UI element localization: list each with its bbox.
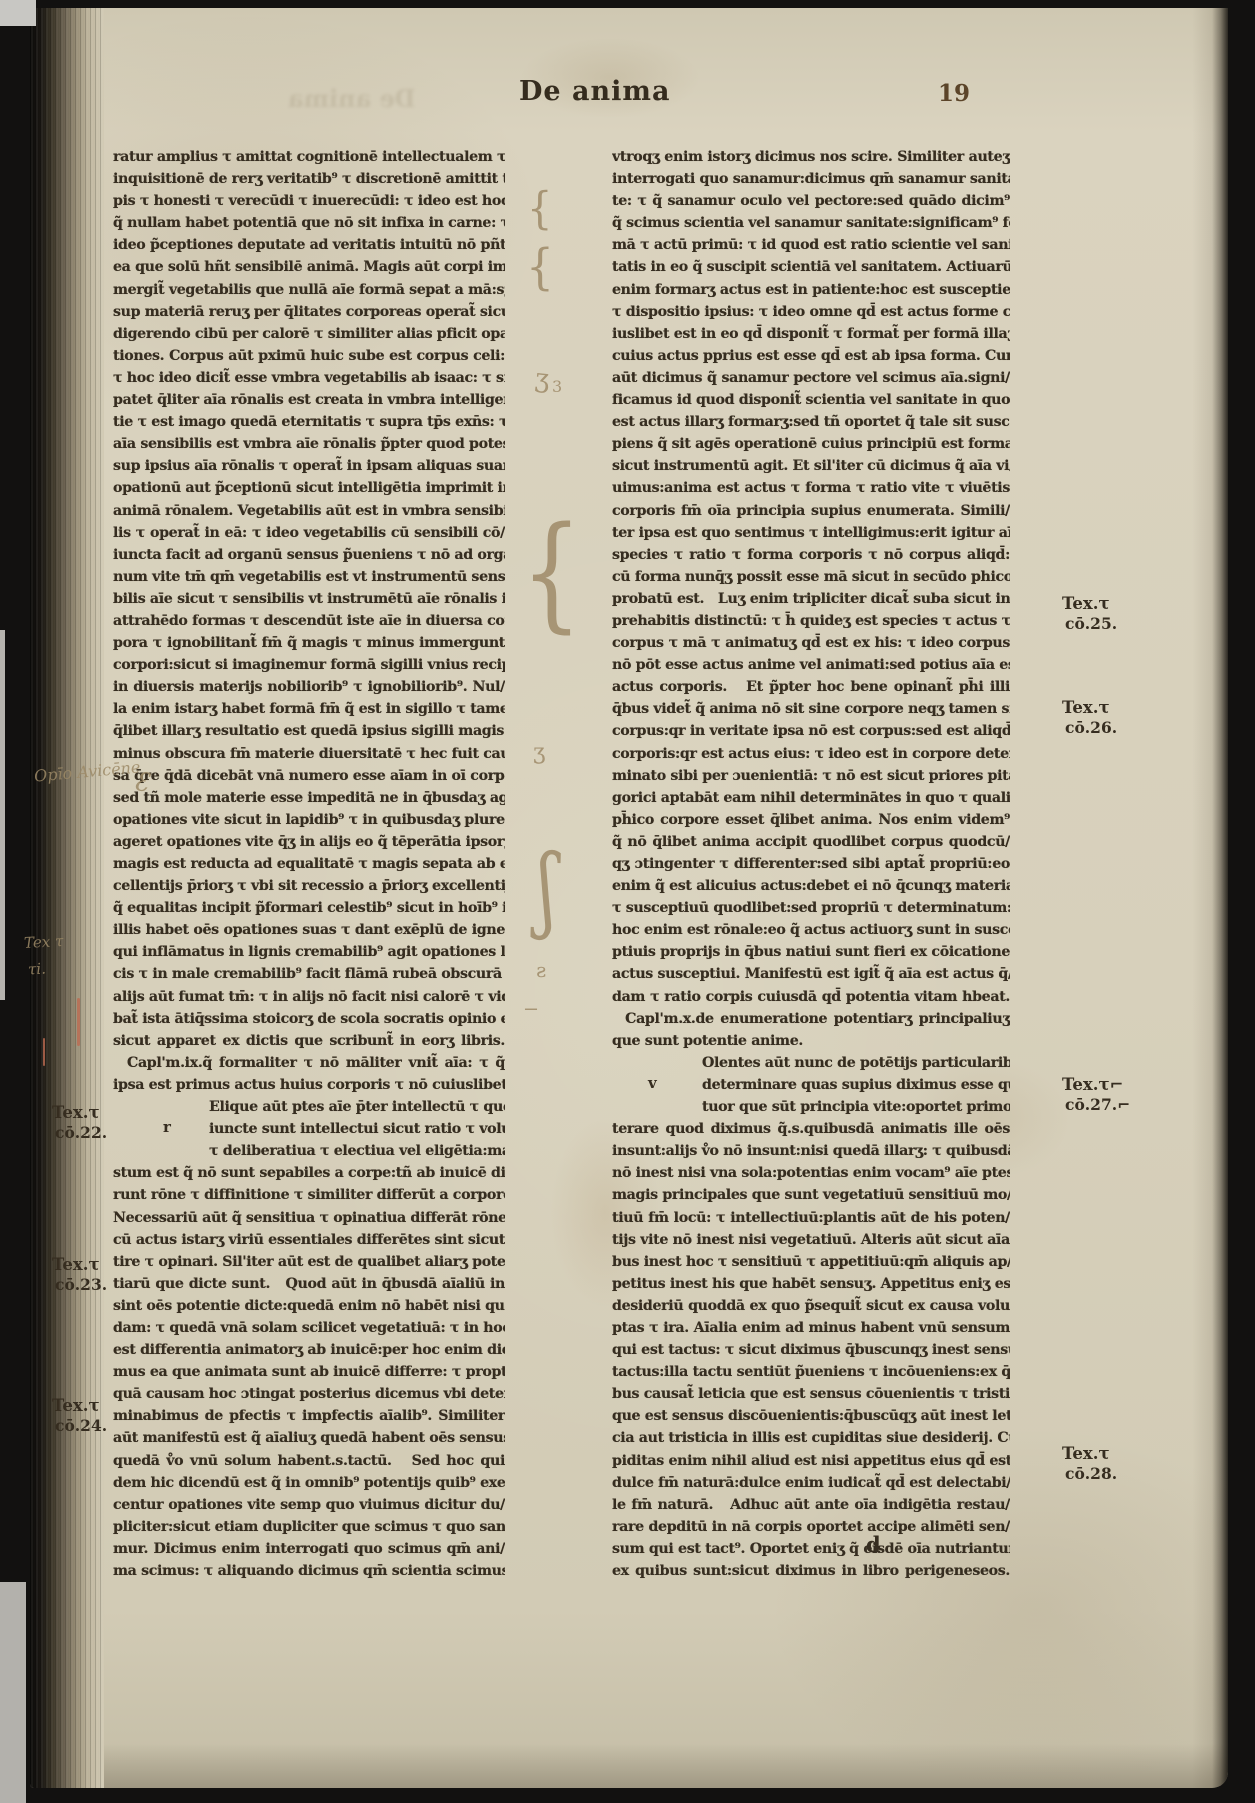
margin-note: Tex.τcō.23. — [52, 1255, 132, 1295]
text-line: magis principales que sunt vegetatiuū se… — [612, 1184, 1010, 1206]
scanned-book-page: De anima De anima 19 ratur amplius τ ami… — [0, 0, 1255, 1803]
text-line: la enim istarʒ habet formā fm̄ q̃ est in… — [113, 698, 505, 720]
text-line: ph̄ico corpore esset q̄libet anima. Nos … — [612, 809, 1010, 831]
text-line: vtroqʒ enim istorʒ dicimus nos scire. Si… — [612, 146, 1010, 168]
text-line: enim formarʒ actus est in patiente:hoc e… — [612, 279, 1010, 301]
margin-note-comment-ref: cō.26. — [1062, 718, 1142, 738]
text-line: centur opationes vite semp quo viuimus d… — [113, 1494, 505, 1516]
text-line: Necessariū aūt q̃ sensitiua τ opinatiua … — [113, 1207, 505, 1229]
running-title: De anima — [519, 76, 670, 107]
text-line: corporis fm̄ oīa principia supius enumer… — [612, 500, 1010, 522]
folio-number: 19 — [938, 80, 970, 107]
text-line: nō inest nisi vna sola:potentias enim vo… — [612, 1162, 1010, 1184]
text-line: magis est reducta ad equalitatē τ magis … — [113, 853, 505, 875]
margin-note: Tex.τcō.26. — [1062, 698, 1142, 738]
text-line: quedā v̊o vnū solum habent.s.tactū. Sed … — [113, 1450, 505, 1472]
text-line: que sunt potentie anime. — [612, 1030, 1010, 1052]
initial-guide-letter: r — [163, 1118, 171, 1136]
text-line: sup materiā reruʒ per q̄litates corporea… — [113, 301, 505, 323]
text-line: ideo p̃ceptiones deputate ad veritatis i… — [113, 234, 505, 256]
text-line: dam: τ quedā vnā solam scilicet vegetati… — [113, 1317, 505, 1339]
text-line: Capl'm.x.de enumeratione potentiarʒ prin… — [612, 1008, 1010, 1030]
text-line: num vite tm̄ qm̄ vegetabilis est vt inst… — [113, 566, 505, 588]
text-line: pis τ honesti τ verecūdi τ inuerecūdi: τ… — [113, 190, 505, 212]
reader-gutter-mark: { — [527, 184, 552, 235]
text-line: tie τ est imago quedā eternitatis τ supr… — [113, 411, 505, 433]
text-line: ageret opationes vite q̄ʒ in alijs eo q̃… — [113, 831, 505, 853]
reader-gutter-mark: ʒ — [533, 740, 545, 765]
text-line: dam τ ratio corpis cuiusdā qd̄ potentia … — [612, 986, 1010, 1008]
text-line: sed tñ mole materie esse impeditā ne in … — [113, 787, 505, 809]
text-line: opationū aut p̃ceptionū sicut intelligēt… — [113, 477, 505, 499]
text-line: quā causam hoc ɔtingat posterius dicemus… — [113, 1383, 505, 1405]
text-line: runt rōne τ diffinitione τ similiter dif… — [113, 1184, 505, 1206]
text-line: mā τ actū primū: τ id quod est ratio sci… — [612, 234, 1010, 256]
text-line: ipsa est primus actus huius corporis τ n… — [113, 1074, 505, 1096]
margin-note-comment-ref: cō.24. — [52, 1416, 132, 1436]
text-line: attrahēdo formas τ descendūt iste aīe in… — [113, 610, 505, 632]
text-line: tatis in eo q̃ suscipit scientiā vel san… — [612, 256, 1010, 278]
margin-note-text: Tex.τ — [1062, 594, 1142, 614]
text-line: enim q̃ est alicuius actus:debet ei nō q… — [612, 875, 1010, 897]
text-line: opationes vite sicut in lapidib⁹ τ in qu… — [113, 809, 505, 831]
text-line: actus susceptiui. Manifestū est igit̃ q̃… — [612, 963, 1010, 985]
text-line: bilis aīe sicut τ sensibilis vt instrumē… — [113, 588, 505, 610]
text-line: que est sensus discōuenientis:q̄buscūqʒ … — [612, 1405, 1010, 1427]
margin-note: Tex.τcō.28. — [1062, 1444, 1142, 1484]
header-showthrough-ghost: De anima — [288, 84, 416, 113]
margin-note: Tex.τ⌐cō.27.⌐ — [1062, 1075, 1142, 1115]
text-line: interrogati quo sanamur:dicimus qm̄ sana… — [612, 168, 1010, 190]
text-line: cuius actus pprius est esse qd̄ est ab i… — [612, 345, 1010, 367]
text-line: sup ipsius aīa rōnalis τ operat̃ in ipsa… — [113, 455, 505, 477]
text-line: prehabitis distinctū: τ h̄ quideʒ est sp… — [612, 610, 1010, 632]
text-line: ptas τ ira. Aīalia enim ad minus habent … — [612, 1317, 1010, 1339]
text-line: pora τ ignobilitant̃ fm̄ q̃ magis τ minu… — [113, 632, 505, 654]
margin-note-text: Tex.τ — [52, 1396, 132, 1416]
margin-note-comment-ref: cō.22. — [52, 1123, 132, 1143]
margin-note-comment-ref: cō.25. — [1062, 614, 1142, 634]
handwritten-note: τi. — [28, 960, 47, 979]
text-line: cellentijs p̄riorʒ τ vbi sit recessio a … — [113, 875, 505, 897]
text-line: bus causat̃ leticia que est sensus cōuen… — [612, 1383, 1010, 1405]
text-line: Elique aūt ptes aīe p̄ter intellectū τ q… — [113, 1096, 505, 1118]
reader-gutter-mark: { — [521, 499, 582, 645]
reader-gutter-mark: ‒ — [524, 996, 538, 1021]
text-line: minabimus de pfectis τ impfectis aīalib⁹… — [113, 1405, 505, 1427]
text-column-left: ratur amplius τ amittat cognitionē intel… — [113, 146, 505, 1582]
margin-note-text: Tex.τ⌐ — [1062, 1075, 1142, 1095]
text-line: tiuū fm̄ locū: τ intellectiuū:plantis aū… — [612, 1207, 1010, 1229]
text-line: dulce fm̄ naturā:dulce enim iudicat̃ qd̄… — [612, 1472, 1010, 1494]
text-line: tijs vite nō inest nisi vegetatiuū. Alte… — [612, 1229, 1010, 1251]
text-line: ma scimus: τ aliquando dicimus qm̄ scien… — [113, 1560, 505, 1582]
text-line: desideriū quoddā ex quo p̃sequit̃ sicut … — [612, 1295, 1010, 1317]
text-line: aūt dicimus q̃ sanamur pectore vel scimu… — [612, 367, 1010, 389]
text-line: q̃ equalitas incipit p̃formari celestib⁹… — [113, 897, 505, 919]
text-line: sint oēs potentie dicte:quedā enim nō ha… — [113, 1295, 505, 1317]
text-line: corporis:qr est actus eius: τ ideo est i… — [612, 743, 1010, 765]
text-line: cū actus istarʒ viriū essentiales differ… — [113, 1229, 505, 1251]
margin-note-text: Tex.τ — [52, 1103, 132, 1123]
text-line: corpus τ mā τ animatuʒ qd̄ est ex his: τ… — [612, 632, 1010, 654]
text-line: pliciter:sicut etiam dupliciter que scim… — [113, 1516, 505, 1538]
scan-corner-top-left — [0, 0, 36, 26]
text-line: bat̃ ista ātiq̄ssima stoicorʒ de scola s… — [113, 1008, 505, 1030]
text-line: tire τ opinari. Sil'iter aūt est de qual… — [113, 1251, 505, 1273]
text-line: ex quibus sunt:sicut diximus in libro pe… — [612, 1560, 1010, 1582]
text-line: aūt manifestū est q̃ aīaliuʒ quedā haben… — [113, 1427, 505, 1449]
text-line: bus inest hoc τ sensitiuū τ appetitiuū:q… — [612, 1251, 1010, 1273]
margin-note: Tex.τcō.25. — [1062, 594, 1142, 634]
text-line: ficamus id quod disponit̃ scientia vel s… — [612, 389, 1010, 411]
margin-note: Tex.τcō.24. — [52, 1396, 132, 1436]
text-line: q̃ scimus scientia vel sanamur sanitate:… — [612, 212, 1010, 234]
text-line: animā rōnalem. Vegetabilis aūt est in vm… — [113, 500, 505, 522]
text-line: terare quod diximus q̃.s.quibusdā animat… — [612, 1118, 1010, 1140]
text-line: petitus inest his que habēt sensuʒ. Appe… — [612, 1273, 1010, 1295]
text-line: est differentia animatorʒ ab inuicē:per … — [113, 1339, 505, 1361]
scan-edge-sliver — [0, 630, 5, 1000]
text-line: probatū est. Luʒ enim tripliciter dicat̃… — [612, 588, 1010, 610]
text-line: sa q̄re q̄dā dicebāt vnā numero esse aīa… — [113, 765, 505, 787]
text-line: tiones. Corpus aūt pximū huic sube est c… — [113, 345, 505, 367]
text-line: sum qui est tact⁹. Oportet eniʒ q̃ eisdē… — [612, 1538, 1010, 1560]
text-line: q̄libet illarʒ resultatio est quedā ipsi… — [113, 720, 505, 742]
margin-note-comment-ref: cō.27.⌐ — [1062, 1095, 1142, 1115]
reader-gutter-mark: ʃ — [537, 834, 558, 943]
text-line: Olentes aūt nunc de potētijs particulari… — [612, 1052, 1010, 1074]
text-line: iuncta facit ad organū sensus p̃ueniens … — [113, 544, 505, 566]
text-line: cū forma nunq̄ʒ possit esse mā sicut in … — [612, 566, 1010, 588]
text-column-right: vtroqʒ enim istorʒ dicimus nos scire. Si… — [612, 146, 1010, 1582]
reader-gutter-mark: 3 — [552, 377, 562, 396]
text-line: est actus illarʒ formarʒ:sed tñ oportet … — [612, 411, 1010, 433]
initial-guide-letter: v — [648, 1074, 657, 1092]
text-line: cia aut tristicia in illis est cupiditas… — [612, 1427, 1010, 1449]
margin-note-text: Tex.τ — [1062, 698, 1142, 718]
text-line: tiarū que dicte sunt. Quod aūt in q̄busd… — [113, 1273, 505, 1295]
margin-note-comment-ref: cō.23. — [52, 1275, 132, 1295]
text-line: τ deliberatiua τ electiua vel eligētia:m… — [113, 1140, 505, 1162]
text-line: rare depditū in nā corpis oportet accipe… — [612, 1516, 1010, 1538]
text-line: qui inflāmatus in lignis cremabilib⁹ agi… — [113, 941, 505, 963]
rubric-stroke — [77, 998, 80, 1046]
text-line: minato sibi per ɔuenientiā: τ nō est sic… — [612, 765, 1010, 787]
text-line: qʒ ɔtingenter τ differenter:sed sibi apt… — [612, 853, 1010, 875]
text-line: species τ ratio τ forma corporis τ nō co… — [612, 544, 1010, 566]
text-line: ratur amplius τ amittat cognitionē intel… — [113, 146, 505, 168]
text-line: piditas enim nihil aliud est nisi appeti… — [612, 1450, 1010, 1472]
text-line: iuncte sunt intellectui sicut ratio τ vo… — [113, 1118, 505, 1140]
text-line: illis habet oēs opationes suas τ dant ex… — [113, 919, 505, 941]
text-line: mus ea que animata sunt ab inuicē differ… — [113, 1361, 505, 1383]
text-line: hoc enim est rōnale:eo q̃ actus actiuorʒ… — [612, 919, 1010, 941]
text-line: patet q̄liter aīa rōnalis est creata in … — [113, 389, 505, 411]
text-line: q̄bus videt̃ q̃ anima nō sit sine corpor… — [612, 698, 1010, 720]
text-line: q̃ nullam habet potentiā que nō sit infi… — [113, 212, 505, 234]
text-line: ter ipsa est quo sentimus τ intelligimus… — [612, 522, 1010, 544]
text-line: digerendo cibū per calorē τ similiter al… — [113, 323, 505, 345]
text-line: tactus:illa tactu sentiūt p̃ueniens τ in… — [612, 1361, 1010, 1383]
text-line: uimus:anima est actus τ forma τ ratio vi… — [612, 477, 1010, 499]
text-line: stum est q̃ nō sunt sepabiles a corpe:tñ… — [113, 1162, 505, 1184]
text-line: q̃ nō q̄libet anima accipit quodlibet co… — [612, 831, 1010, 853]
text-line: cis τ in male cremabilib⁹ facit flāmā ru… — [113, 963, 505, 985]
reader-gutter-mark: ʒ — [533, 363, 551, 394]
text-line: ea que solū hñt sensibilē animā. Magis a… — [113, 256, 505, 278]
scan-corner-bottom-left — [0, 1582, 26, 1803]
text-line: insunt:alijs v̊o nō insunt:nisi quedā il… — [612, 1140, 1010, 1162]
text-line: minus obscura fm̄ materie diuersitatē τ … — [113, 743, 505, 765]
signature-mark: d — [866, 1532, 881, 1557]
text-line: dem hic dicendū est q̃ in omnib⁹ potenti… — [113, 1472, 505, 1494]
text-line: corpori:sicut si imaginemur formā sigill… — [113, 654, 505, 676]
text-line: mergit̃ vegetabilis que nullā aīe formā … — [113, 279, 505, 301]
text-line: gorici aptabāt eam nihil determinātes in… — [612, 787, 1010, 809]
text-line: actus corporis. Et p̃pter hoc bene opina… — [612, 676, 1010, 698]
text-line: iuslibet est in eo qd̄ disponit̃ τ forma… — [612, 323, 1010, 345]
text-line: τ dispositio ipsius: τ ideo omne qd̄ est… — [612, 301, 1010, 323]
text-line: te: τ q̃ sanamur oculo vel pectore:sed q… — [612, 190, 1010, 212]
margin-note-text: Tex.τ — [52, 1255, 132, 1275]
text-line: in diuersis materijs nobiliorib⁹ τ ignob… — [113, 676, 505, 698]
text-line: lis τ operat̃ in eā: τ ideo vegetabilis … — [113, 522, 505, 544]
text-line: nō pōt esse actus anime vel animati:sed … — [612, 654, 1010, 676]
text-line: ptiuis proprijs in q̄bus natiui sunt fie… — [612, 941, 1010, 963]
text-line: qui est tactus: τ sicut diximus q̄buscun… — [612, 1339, 1010, 1361]
margin-note: Tex.τcō.22. — [52, 1103, 132, 1143]
text-line: alijs aūt fumat tm̄: τ in alijs nō facit… — [113, 986, 505, 1008]
text-line: mur. Dicimus enim interrogati quo scimus… — [113, 1538, 505, 1560]
rubric-stroke — [43, 1038, 45, 1066]
text-line: τ susceptiuū quodlibet:sed propriū τ det… — [612, 897, 1010, 919]
text-line: tuor que sūt principia vite:oportet prim… — [612, 1096, 1010, 1118]
text-line: determinare quas supius diximus esse qua… — [612, 1074, 1010, 1096]
text-line: le fm̄ naturā. Adhuc aūt ante oīa indigē… — [612, 1494, 1010, 1516]
text-line: sicut apparet ex dictis que scribunt̃ in… — [113, 1030, 505, 1052]
page-right-edge-shadow — [1212, 8, 1228, 1788]
text-line: inquisitionē de rerʒ veritatib⁹ τ discre… — [113, 168, 505, 190]
handwritten-note: Tex τ — [24, 932, 64, 952]
reader-gutter-mark: { — [526, 239, 554, 295]
text-line: Capl'm.ix.q̃ formaliter τ nō māliter vni… — [113, 1052, 505, 1074]
page-fore-edge — [30, 8, 104, 1788]
text-line: sicut instrumentū agit. Et sil'iter cū d… — [612, 455, 1010, 477]
margin-note-comment-ref: cō.28. — [1062, 1464, 1142, 1484]
text-line: aīa sensibilis est vmbra aīe rōnalis p̃p… — [113, 433, 505, 455]
text-line: piens q̃ sit agēs operationē cuius princ… — [612, 433, 1010, 455]
text-line: τ hoc ideo dicit̃ esse vmbra vegetabilis… — [113, 367, 505, 389]
text-line: corpus:qr in veritate ipsa nō est corpus… — [612, 720, 1010, 742]
reader-gutter-mark: ƨ — [536, 958, 546, 982]
margin-note-text: Tex.τ — [1062, 1444, 1142, 1464]
